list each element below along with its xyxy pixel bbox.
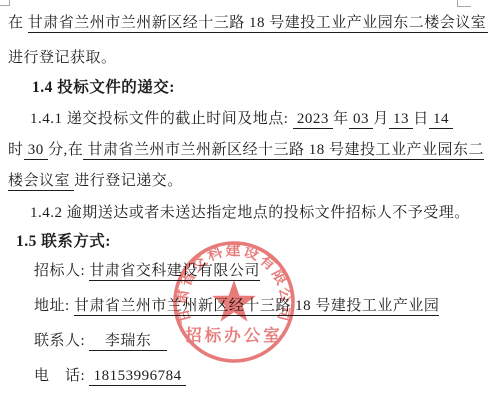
filled-blank: 甘肃省交科建设有限公司 [89,263,260,281]
text-segment: 时 [8,142,24,158]
text-segment: 1.5 联系方式: [16,233,111,250]
text-segment: 电 话: [34,368,89,384]
text-segment: 月 [373,111,389,127]
text-line: 电 话: 18153996784 [34,366,186,386]
filled-blank: 03 [349,111,374,129]
text-line: 进行登记获取。 [8,48,117,68]
text-segment: 分,在 [48,142,83,158]
text-line: 1.4.2 逾期送达或者未送达指定地点的投标文件招标人不予受理。 [30,203,470,223]
text-line: 楼会议室 进行登记递交。 [8,171,183,191]
text-segment: 进行登记递交。 [74,173,183,189]
text-line: 时 30 分,在 甘肃省兰州市兰州新区经十三路 18 号建投工业产业园东二 [8,140,484,160]
filled-blank: 甘肃省兰州市兰州新区经十三路 18 号建投工业产业园东二 [83,142,484,160]
text-line: 联系人: 李瑞东 [34,331,167,351]
text-segment: 招标人: [34,263,89,279]
text-segment: 1.4 投标文件的递交: [32,79,175,96]
filled-blank: 2023 [293,111,334,129]
filled-blank: 30 [24,142,49,160]
text-line: 1.4 投标文件的递交: [32,78,175,98]
text-segment: 地址: [34,298,74,314]
text-segment: 联系人: [34,333,89,349]
text-line: 地址: 甘肃省兰州市兰州新区经十三路 18 号建投工业产业园 [34,296,439,316]
filled-blank: 楼会议室 [8,173,74,191]
filled-blank: 李瑞东 [89,333,167,351]
document-page: 在 甘肃省兰州市兰州新区经十三路 18 号建投工业产业园东二楼会议室 进行登记获… [0,0,488,397]
filled-blank: 14 [429,111,454,129]
text-line: 1.4.1 递交投标文件的截止时间及地点: 2023 年 03 月 13 日 1… [30,109,453,129]
filled-blank: 13 [389,111,414,129]
text-line: 1.5 联系方式: [16,232,111,252]
text-line: 在 甘肃省兰州市兰州新区经十三路 18 号建投工业产业园东二楼会议室 [8,13,488,33]
text-segment: 1.4.1 递交投标文件的截止时间及地点: [30,111,293,127]
text-segment: 1.4.2 逾期送达或者未送达指定地点的投标文件招标人不予受理。 [30,205,470,221]
text-segment: 进行登记获取。 [8,50,117,66]
text-line: 招标人: 甘肃省交科建设有限公司 [34,261,260,281]
filled-blank: 甘肃省兰州市兰州新区经十三路 18 号建投工业产业园东二楼会议室 [28,15,488,33]
text-segment: 在 [8,15,28,31]
filled-blank: 甘肃省兰州市兰州新区经十三路 18 号建投工业产业园 [74,298,440,316]
filled-blank: 18153996784 [89,368,186,386]
text-segment: 日 [413,111,429,127]
document-body: 在 甘肃省兰州市兰州新区经十三路 18 号建投工业产业园东二楼会议室 进行登记获… [0,0,488,397]
text-segment: 年 [333,111,349,127]
